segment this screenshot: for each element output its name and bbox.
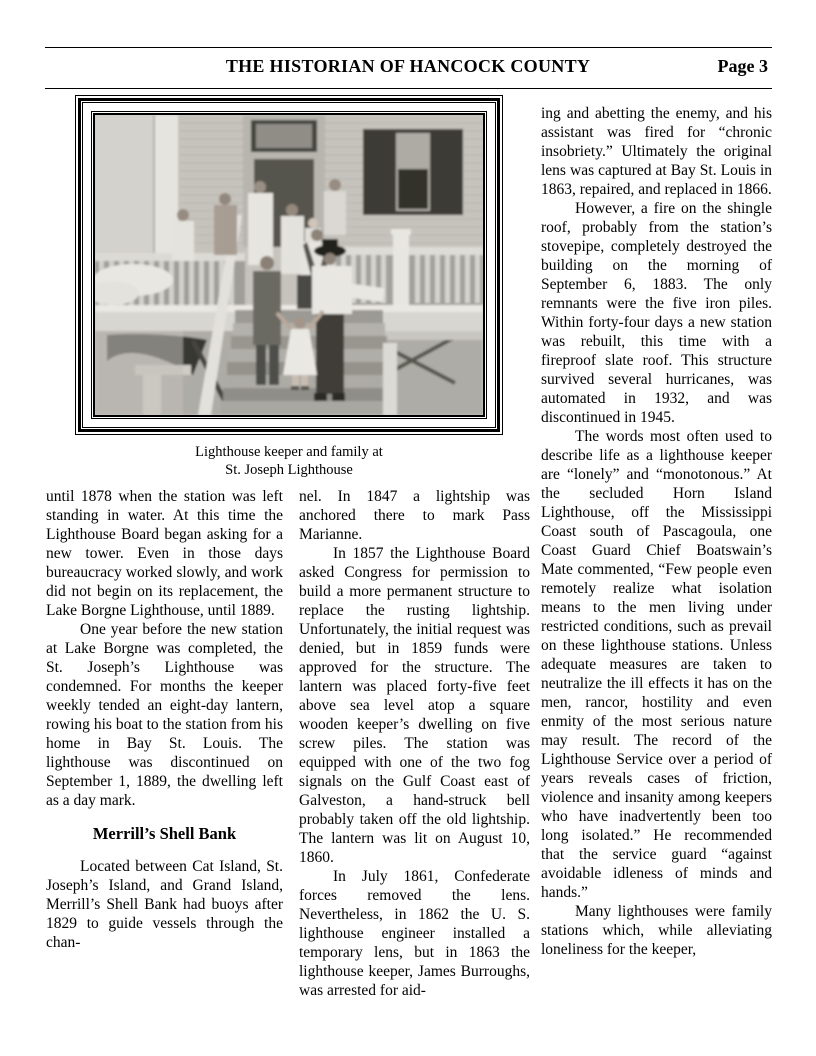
section-heading-merrills-shell-bank: Merrill’s Shell Bank (46, 824, 283, 843)
right-paragraph-1: ing and abetting the enemy, and his assi… (541, 104, 772, 199)
left-paragraph-2: One year before the new station at Lake … (46, 620, 283, 810)
masthead-title: THE HISTORIAN OF HANCOCK COUNTY (0, 56, 816, 77)
left-paragraph-1: until 1878 when the station was left sta… (46, 487, 283, 620)
header-rule-bottom (45, 88, 772, 89)
right-paragraph-2: However, a fire on the shingle roof, pro… (541, 199, 772, 427)
middle-paragraph-3: In July 1861, Confederate forces removed… (299, 867, 530, 1000)
page-number-label: Page 3 (718, 56, 768, 77)
column-middle: nel. In 1847 a lightship was anchored th… (299, 487, 530, 1000)
header-rule-top (45, 47, 772, 48)
middle-paragraph-1: nel. In 1847 a lightship was anchored th… (299, 487, 530, 544)
lighthouse-family-photo (95, 115, 483, 415)
middle-paragraph-2: In 1857 the Lighthouse Board asked Congr… (299, 544, 530, 867)
photo-frame (75, 95, 503, 435)
right-paragraph-4: Many lighthouses were family stations wh… (541, 902, 772, 959)
left-paragraph-3: Located between Cat Island, St. Joseph’s… (46, 857, 283, 952)
column-left: until 1878 when the station was left sta… (46, 487, 283, 952)
photo-caption-line2: St. Joseph Lighthouse (75, 461, 503, 479)
photo-caption-line1: Lighthouse keeper and family at (75, 443, 503, 461)
photo-caption: Lighthouse keeper and family at St. Jose… (75, 443, 503, 479)
right-paragraph-3: The words most often used to describe li… (541, 427, 772, 902)
newsletter-page: { "page": { "header": { "title": "THE HI… (0, 0, 816, 1056)
column-right: ing and abetting the enemy, and his assi… (541, 104, 772, 959)
